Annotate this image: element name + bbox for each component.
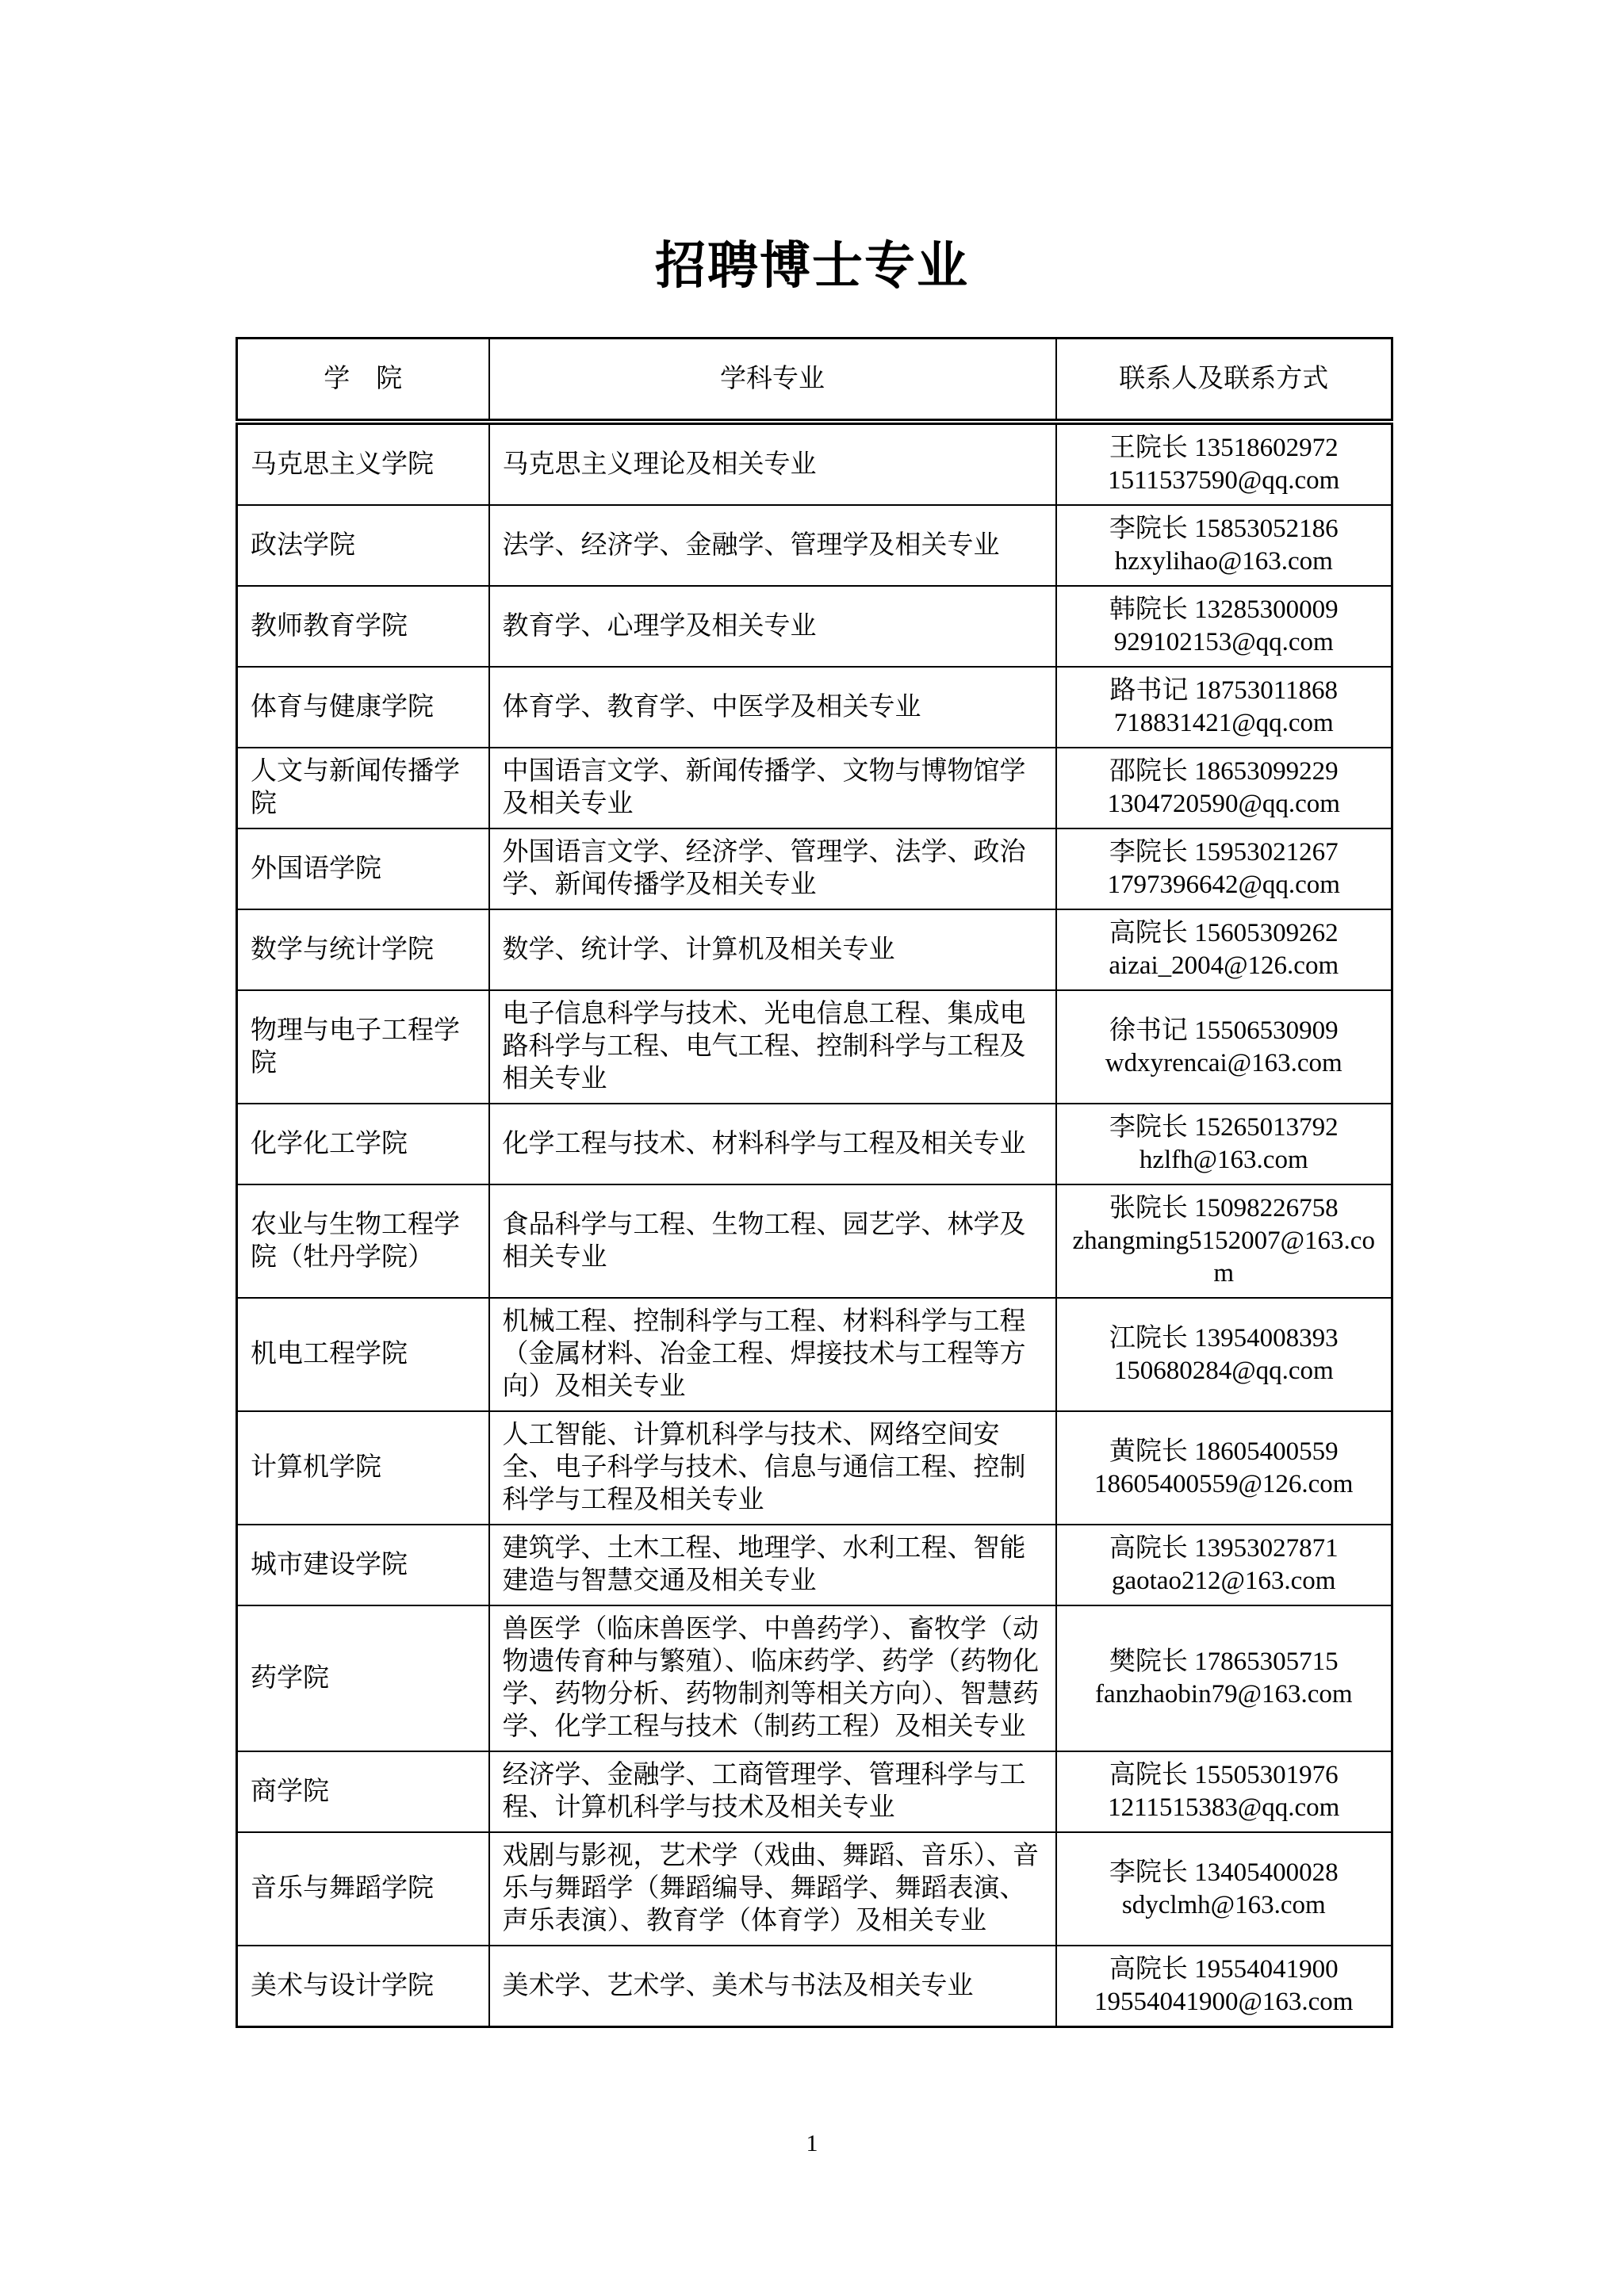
college-cell: 城市建设学院 <box>237 1525 489 1605</box>
contact-email: hzxylihao@163.com <box>1063 545 1385 578</box>
contact-email: 1511537590@qq.com <box>1063 465 1385 497</box>
document-page: 招聘博士专业 学 院 学科专业 联系人及联系方式 马克思主义学院 马克思主义理论… <box>0 0 1624 2296</box>
majors-cell: 食品科学与工程、生物工程、园艺学、林学及相关专业 <box>489 1184 1056 1298</box>
majors-cell: 建筑学、土木工程、地理学、水利工程、智能建造与智慧交通及相关专业 <box>489 1525 1056 1605</box>
table-row: 计算机学院 人工智能、计算机科学与技术、网络空间安全、电子科学与技术、信息与通信… <box>237 1411 1392 1525</box>
college-cell: 外国语学院 <box>237 828 489 909</box>
table-row: 药学院 兽医学（临床兽医学、中兽药学）、畜牧学（动物遗传育种与繁殖）、临床药学、… <box>237 1605 1392 1751</box>
recruitment-table: 学 院 学科专业 联系人及联系方式 马克思主义学院 马克思主义理论及相关专业 王… <box>236 337 1393 2028</box>
college-cell: 政法学院 <box>237 505 489 586</box>
majors-cell: 数学、统计学、计算机及相关专业 <box>489 909 1056 990</box>
table-row: 化学化工学院 化学工程与技术、材料科学与工程及相关专业 李院长 15265013… <box>237 1104 1392 1184</box>
contact-email: 1211515383@qq.com <box>1063 1792 1385 1824</box>
table-row: 农业与生物工程学院（牡丹学院） 食品科学与工程、生物工程、园艺学、林学及相关专业… <box>237 1184 1392 1298</box>
contact-cell: 高院长 15605309262 aizai_2004@126.com <box>1056 909 1392 990</box>
majors-cell: 兽医学（临床兽医学、中兽药学）、畜牧学（动物遗传育种与繁殖）、临床药学、药学（药… <box>489 1605 1056 1751</box>
table-row: 数学与统计学院 数学、统计学、计算机及相关专业 高院长 15605309262 … <box>237 909 1392 990</box>
majors-cell: 马克思主义理论及相关专业 <box>489 422 1056 505</box>
contact-cell: 江院长 13954008393 150680284@qq.com <box>1056 1298 1392 1411</box>
contact-name-phone: 樊院长 17865305715 <box>1063 1646 1385 1678</box>
contact-name-phone: 徐书记 15506530909 <box>1063 1015 1385 1047</box>
college-cell: 农业与生物工程学院（牡丹学院） <box>237 1184 489 1298</box>
contact-cell: 高院长 15505301976 1211515383@qq.com <box>1056 1751 1392 1832</box>
majors-cell: 经济学、金融学、工商管理学、管理科学与工程、计算机科学与技术及相关专业 <box>489 1751 1056 1832</box>
contact-cell: 王院长 13518602972 1511537590@qq.com <box>1056 422 1392 505</box>
contact-email: zhangming5152007@163.com <box>1063 1225 1385 1290</box>
header-majors: 学科专业 <box>489 339 1056 423</box>
contact-cell: 高院长 19554041900 19554041900@163.com <box>1056 1946 1392 2027</box>
majors-cell: 机械工程、控制科学与工程、材料科学与工程（金属材料、冶金工程、焊接技术与工程等方… <box>489 1298 1056 1411</box>
contact-name-phone: 李院长 13405400028 <box>1063 1857 1385 1889</box>
table-row: 政法学院 法学、经济学、金融学、管理学及相关专业 李院长 15853052186… <box>237 505 1392 586</box>
majors-cell: 人工智能、计算机科学与技术、网络空间安全、电子科学与技术、信息与通信工程、控制科… <box>489 1411 1056 1525</box>
contact-name-phone: 李院长 15953021267 <box>1063 836 1385 869</box>
header-college: 学 院 <box>237 339 489 423</box>
contact-cell: 路书记 18753011868 718831421@qq.com <box>1056 667 1392 748</box>
college-cell: 音乐与舞蹈学院 <box>237 1832 489 1946</box>
college-cell: 人文与新闻传播学院 <box>237 748 489 828</box>
table-row: 物理与电子工程学院 电子信息科学与技术、光电信息工程、集成电路科学与工程、电气工… <box>237 990 1392 1104</box>
majors-cell: 体育学、教育学、中医学及相关专业 <box>489 667 1056 748</box>
contact-email: 718831421@qq.com <box>1063 707 1385 740</box>
contact-cell: 黄院长 18605400559 18605400559@126.com <box>1056 1411 1392 1525</box>
majors-cell: 电子信息科学与技术、光电信息工程、集成电路科学与工程、电气工程、控制科学与工程及… <box>489 990 1056 1104</box>
contact-cell: 张院长 15098226758 zhangming5152007@163.com <box>1056 1184 1392 1298</box>
college-cell: 药学院 <box>237 1605 489 1751</box>
contact-email: 18605400559@126.com <box>1063 1468 1385 1501</box>
contact-name-phone: 高院长 15605309262 <box>1063 917 1385 950</box>
contact-cell: 李院长 15953021267 1797396642@qq.com <box>1056 828 1392 909</box>
college-cell: 商学院 <box>237 1751 489 1832</box>
contact-name-phone: 邵院长 18653099229 <box>1063 756 1385 788</box>
contact-cell: 李院长 15265013792 hzlfh@163.com <box>1056 1104 1392 1184</box>
college-cell: 教师教育学院 <box>237 586 489 667</box>
contact-email: wdxyrencai@163.com <box>1063 1047 1385 1080</box>
college-cell: 马克思主义学院 <box>237 422 489 505</box>
contact-name-phone: 高院长 13953027871 <box>1063 1533 1385 1565</box>
table-row: 城市建设学院 建筑学、土木工程、地理学、水利工程、智能建造与智慧交通及相关专业 … <box>237 1525 1392 1605</box>
college-cell: 化学化工学院 <box>237 1104 489 1184</box>
page-title: 招聘博士专业 <box>0 235 1624 298</box>
page-number: 1 <box>0 2130 1624 2158</box>
table-row: 教师教育学院 教育学、心理学及相关专业 韩院长 13285300009 9291… <box>237 586 1392 667</box>
contact-name-phone: 张院长 15098226758 <box>1063 1192 1385 1225</box>
header-row: 学 院 学科专业 联系人及联系方式 <box>237 339 1392 423</box>
contact-email: fanzhaobin79@163.com <box>1063 1678 1385 1711</box>
contact-name-phone: 高院长 15505301976 <box>1063 1759 1385 1792</box>
contact-name-phone: 李院长 15265013792 <box>1063 1112 1385 1144</box>
majors-cell: 戏剧与影视，艺术学（戏曲、舞蹈、音乐）、音乐与舞蹈学（舞蹈编导、舞蹈学、舞蹈表演… <box>489 1832 1056 1946</box>
contact-name-phone: 黄院长 18605400559 <box>1063 1436 1385 1468</box>
contact-name-phone: 路书记 18753011868 <box>1063 675 1385 707</box>
majors-cell: 教育学、心理学及相关专业 <box>489 586 1056 667</box>
college-cell: 美术与设计学院 <box>237 1946 489 2027</box>
college-cell: 数学与统计学院 <box>237 909 489 990</box>
contact-email: aizai_2004@126.com <box>1063 950 1385 982</box>
contact-name-phone: 李院长 15853052186 <box>1063 513 1385 545</box>
contact-cell: 韩院长 13285300009 929102153@qq.com <box>1056 586 1392 667</box>
contact-name-phone: 江院长 13954008393 <box>1063 1322 1385 1355</box>
college-cell: 机电工程学院 <box>237 1298 489 1411</box>
table-row: 外国语学院 外国语言文学、经济学、管理学、法学、政治学、新闻传播学及相关专业 李… <box>237 828 1392 909</box>
contact-email: 1797396642@qq.com <box>1063 869 1385 901</box>
contact-name-phone: 王院长 13518602972 <box>1063 432 1385 465</box>
contact-name-phone: 高院长 19554041900 <box>1063 1954 1385 1986</box>
table-row: 商学院 经济学、金融学、工商管理学、管理科学与工程、计算机科学与技术及相关专业 … <box>237 1751 1392 1832</box>
table-body: 马克思主义学院 马克思主义理论及相关专业 王院长 13518602972 151… <box>237 422 1392 2027</box>
majors-cell: 外国语言文学、经济学、管理学、法学、政治学、新闻传播学及相关专业 <box>489 828 1056 909</box>
contact-cell: 邵院长 18653099229 1304720590@qq.com <box>1056 748 1392 828</box>
contact-email: hzlfh@163.com <box>1063 1144 1385 1177</box>
contact-email: sdyclmh@163.com <box>1063 1889 1385 1922</box>
contact-cell: 李院长 13405400028 sdyclmh@163.com <box>1056 1832 1392 1946</box>
college-cell: 体育与健康学院 <box>237 667 489 748</box>
contact-cell: 徐书记 15506530909 wdxyrencai@163.com <box>1056 990 1392 1104</box>
contact-cell: 樊院长 17865305715 fanzhaobin79@163.com <box>1056 1605 1392 1751</box>
contact-email: 929102153@qq.com <box>1063 626 1385 659</box>
table-row: 马克思主义学院 马克思主义理论及相关专业 王院长 13518602972 151… <box>237 422 1392 505</box>
college-cell: 计算机学院 <box>237 1411 489 1525</box>
contact-cell: 李院长 15853052186 hzxylihao@163.com <box>1056 505 1392 586</box>
majors-cell: 化学工程与技术、材料科学与工程及相关专业 <box>489 1104 1056 1184</box>
contact-email: 1304720590@qq.com <box>1063 788 1385 821</box>
majors-cell: 法学、经济学、金融学、管理学及相关专业 <box>489 505 1056 586</box>
contact-email: 19554041900@163.com <box>1063 1986 1385 2019</box>
table-row: 体育与健康学院 体育学、教育学、中医学及相关专业 路书记 18753011868… <box>237 667 1392 748</box>
header-contact: 联系人及联系方式 <box>1056 339 1392 423</box>
contact-name-phone: 韩院长 13285300009 <box>1063 594 1385 626</box>
table-row: 美术与设计学院 美术学、艺术学、美术与书法及相关专业 高院长 195540419… <box>237 1946 1392 2027</box>
table-row: 人文与新闻传播学院 中国语言文学、新闻传播学、文物与博物馆学及相关专业 邵院长 … <box>237 748 1392 828</box>
contact-cell: 高院长 13953027871 gaotao212@163.com <box>1056 1525 1392 1605</box>
table-row: 机电工程学院 机械工程、控制科学与工程、材料科学与工程（金属材料、冶金工程、焊接… <box>237 1298 1392 1411</box>
contact-email: gaotao212@163.com <box>1063 1565 1385 1598</box>
contact-email: 150680284@qq.com <box>1063 1355 1385 1387</box>
majors-cell: 美术学、艺术学、美术与书法及相关专业 <box>489 1946 1056 2027</box>
table-row: 音乐与舞蹈学院 戏剧与影视，艺术学（戏曲、舞蹈、音乐）、音乐与舞蹈学（舞蹈编导、… <box>237 1832 1392 1946</box>
college-cell: 物理与电子工程学院 <box>237 990 489 1104</box>
majors-cell: 中国语言文学、新闻传播学、文物与博物馆学及相关专业 <box>489 748 1056 828</box>
